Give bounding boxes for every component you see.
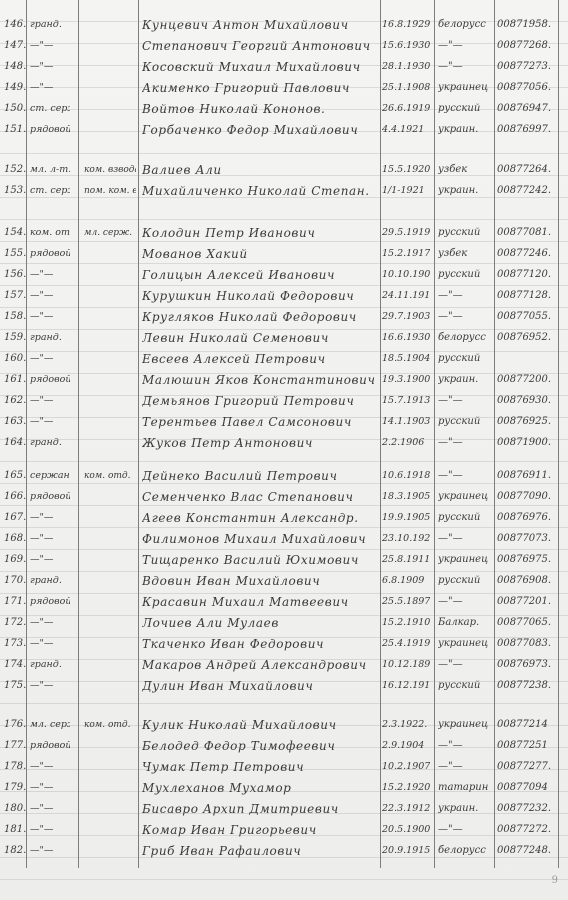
birth-date-cell: 24.11.1912. — [382, 285, 430, 307]
name-cell: Тищаренко Василий Юхимович — [142, 549, 378, 571]
table-row: 163.—"—Терентьев Павел Самсонович14.1.19… — [0, 411, 568, 433]
table-row: 149.—"—Акименко Григорий Павлович25.1.19… — [0, 77, 568, 99]
rank-cell: рядовой — [30, 369, 70, 391]
id-number-cell: 00877094 — [497, 777, 557, 799]
id-number-cell: 00877272. — [497, 819, 557, 841]
id-number-cell: 00877073. — [497, 528, 557, 550]
name-cell: Лочиев Али Мулаев — [142, 612, 378, 634]
name-cell: Ткаченко Иван Федорович — [142, 633, 378, 655]
nationality-cell: —"— — [438, 465, 494, 487]
table-row: 169.—"—Тищаренко Василий Юхимович25.8.19… — [0, 549, 568, 571]
birth-date-cell: 22.3.1912 — [382, 798, 430, 820]
birth-date-cell: 23.10.1925. — [382, 528, 430, 550]
name-cell: Красавин Михаил Матвеевич — [142, 591, 378, 613]
birth-date-cell: 18.3.1905. — [382, 486, 430, 508]
table-row: 148.—"—Косовский Михаил Михайлович28.1.1… — [0, 56, 568, 78]
nationality-cell: украинец — [438, 549, 494, 571]
rank-cell: —"— — [30, 285, 70, 307]
rank-cell: —"— — [30, 840, 70, 862]
row-number: 174. — [4, 654, 28, 676]
table-row: 168.—"—Филимонов Михаил Михайлович23.10.… — [0, 528, 568, 550]
table-row: 182.—"—Гриб Иван Рафаилович20.9.1915бело… — [0, 840, 568, 862]
nationality-cell: русский — [438, 222, 494, 244]
row-number: 151. — [4, 119, 28, 141]
birth-date-cell: 4.4.1921 — [382, 119, 430, 141]
rank-cell: мл. серж. — [30, 714, 70, 736]
nationality-cell: белорусс — [438, 14, 494, 36]
id-number-cell: 00877238. — [497, 675, 557, 697]
rank-cell: —"— — [30, 35, 70, 57]
id-number-cell: 00877268. — [497, 35, 557, 57]
table-row: 170.гранд.Вдовин Иван Михайлович6.8.1909… — [0, 570, 568, 592]
name-cell: Евсеев Алексей Петрович — [142, 348, 378, 370]
table-row: 171.рядовойКрасавин Михаил Матвеевич25.5… — [0, 591, 568, 613]
birth-date-cell: 25.4.1919 — [382, 633, 430, 655]
id-number-cell: 00876952. — [497, 327, 557, 349]
table-row: 147.—"—Степанович Георгий Антонович15.6.… — [0, 35, 568, 57]
id-number-cell: 00877214 — [497, 714, 557, 736]
row-number: 156. — [4, 264, 28, 286]
id-number-cell: 00877200. — [497, 369, 557, 391]
id-number-cell: 00877246. — [497, 243, 557, 265]
nationality-cell: —"— — [438, 756, 494, 778]
rank-cell: —"— — [30, 348, 70, 370]
nationality-cell: украинец — [438, 486, 494, 508]
id-number-cell: 00877277. — [497, 756, 557, 778]
row-number: 152. — [4, 159, 28, 181]
name-cell: Валиев Али — [142, 159, 378, 181]
table-row: 159.гранд.Левин Николай Семенович16.6.19… — [0, 327, 568, 349]
birth-date-cell: 20.9.1915 — [382, 840, 430, 862]
row-number: 149. — [4, 77, 28, 99]
birth-date-cell: 29.5.1919 — [382, 222, 430, 244]
rank-cell: рядовой — [30, 243, 70, 265]
rank-cell: —"— — [30, 306, 70, 328]
table-row: 160.—"—Евсеев Алексей Петрович18.5.1904.… — [0, 348, 568, 370]
nationality-cell: —"— — [438, 35, 494, 57]
birth-date-cell: 16.8.1929 — [382, 14, 430, 36]
birth-date-cell: 18.5.1904. — [382, 348, 430, 370]
table-row: 157.—"—Курушкин Николай Федорович24.11.1… — [0, 285, 568, 307]
name-cell: Кругляков Николай Федорович — [142, 306, 378, 328]
birth-date-cell: 25.5.1897. — [382, 591, 430, 613]
position-cell: пом. ком. вз. — [84, 180, 136, 202]
nationality-cell: —"— — [438, 285, 494, 307]
birth-date-cell: 19.3.1900. — [382, 369, 430, 391]
nationality-cell: украин. — [438, 119, 494, 141]
birth-date-cell: 28.1.1930. — [382, 56, 430, 78]
nationality-cell: узбек — [438, 159, 494, 181]
rank-cell: —"— — [30, 507, 70, 529]
row-number: 178. — [4, 756, 28, 778]
rank-cell: —"— — [30, 819, 70, 841]
name-cell: Колодин Петр Иванович — [142, 222, 378, 244]
nationality-cell: —"— — [438, 735, 494, 757]
rank-cell: рядовой — [30, 486, 70, 508]
birth-date-cell: 16.6.1930. — [382, 327, 430, 349]
name-cell: Агеев Константин Александр. — [142, 507, 378, 529]
rank-cell: рядовой — [30, 591, 70, 613]
name-cell: Гриб Иван Рафаилович — [142, 840, 378, 862]
birth-date-cell: 14.1.1903. — [382, 411, 430, 433]
table-row: 179.—"—Мухлеханов Мухамор15.2.1920.татар… — [0, 777, 568, 799]
id-number-cell: 00876947. — [497, 98, 557, 120]
row-number: 158. — [4, 306, 28, 328]
row-number: 154. — [4, 222, 28, 244]
table-row: 165.сержантком. отд.Дейнеко Василий Петр… — [0, 465, 568, 487]
rank-cell: —"— — [30, 756, 70, 778]
row-number: 175. — [4, 675, 28, 697]
row-number: 181. — [4, 819, 28, 841]
nationality-cell: —"— — [438, 654, 494, 676]
birth-date-cell: 6.8.1909 — [382, 570, 430, 592]
row-number: 180. — [4, 798, 28, 820]
table-row: 172.—"—Лочиев Али Мулаев15.2.1910.Балкар… — [0, 612, 568, 634]
row-number: 173. — [4, 633, 28, 655]
rank-cell: —"— — [30, 411, 70, 433]
rank-cell: —"— — [30, 390, 70, 412]
nationality-cell: белорусс — [438, 840, 494, 862]
id-number-cell: 00877128. — [497, 285, 557, 307]
name-cell: Малюшин Яков Константинович — [142, 369, 378, 391]
id-number-cell: 00877232. — [497, 798, 557, 820]
birth-date-cell: 15.2.1910. — [382, 612, 430, 634]
name-cell: Бисавро Архип Дмитриевич — [142, 798, 378, 820]
rank-cell: —"— — [30, 77, 70, 99]
nationality-cell: русский — [438, 264, 494, 286]
row-number: 172. — [4, 612, 28, 634]
rank-cell: гранд. — [30, 14, 70, 36]
rank-cell: —"— — [30, 528, 70, 550]
table-row: 167.—"—Агеев Константин Александр.19.9.1… — [0, 507, 568, 529]
name-cell: Дулин Иван Михайлович — [142, 675, 378, 697]
row-number: 168. — [4, 528, 28, 550]
position-cell: ком. отд. — [84, 714, 136, 736]
table-row: 175.—"—Дулин Иван Михайлович16.12.1911.р… — [0, 675, 568, 697]
name-cell: Степанович Георгий Антонович — [142, 35, 378, 57]
birth-date-cell: 20.5.1900 — [382, 819, 430, 841]
id-number-cell: 00877056. — [497, 77, 557, 99]
id-number-cell: 00876908. — [497, 570, 557, 592]
row-number: 165. — [4, 465, 28, 487]
name-cell: Белодед Федор Тимофеевич — [142, 735, 378, 757]
birth-date-cell: 25.8.1911. — [382, 549, 430, 571]
name-cell: Вдовин Иван Михайлович — [142, 570, 378, 592]
row-number: 164. — [4, 432, 28, 454]
nationality-cell: —"— — [438, 56, 494, 78]
row-number: 171. — [4, 591, 28, 613]
name-cell: Чумак Петр Петрович — [142, 756, 378, 778]
name-cell: Комар Иван Григорьевич — [142, 819, 378, 841]
position-cell: мл. серж. — [84, 222, 136, 244]
row-number: 160. — [4, 348, 28, 370]
nationality-cell: украинец — [438, 633, 494, 655]
table-row: 174.гранд.Макаров Андрей Александрович10… — [0, 654, 568, 676]
table-row: 155.рядовойМованов Хакий15.2.1917.узбек0… — [0, 243, 568, 265]
rank-cell: —"— — [30, 633, 70, 655]
row-number: 167. — [4, 507, 28, 529]
row-number: 161. — [4, 369, 28, 391]
nationality-cell: татарин — [438, 777, 494, 799]
name-cell: Кулик Николай Михайлович — [142, 714, 378, 736]
table-row: 146.гранд.Кунцевич Антон Михайлович16.8.… — [0, 14, 568, 36]
nationality-cell: украинец — [438, 714, 494, 736]
rank-cell: рядовой — [30, 119, 70, 141]
id-number-cell: 00876997. — [497, 119, 557, 141]
row-number: 182. — [4, 840, 28, 862]
nationality-cell: украинец — [438, 77, 494, 99]
rank-cell: гранд. — [30, 327, 70, 349]
table-row: 158.—"—Кругляков Николай Федорович29.7.1… — [0, 306, 568, 328]
rank-cell: —"— — [30, 612, 70, 634]
name-cell: Терентьев Павел Самсонович — [142, 411, 378, 433]
nationality-cell: —"— — [438, 819, 494, 841]
rank-cell: сержант — [30, 465, 70, 487]
rank-cell: —"— — [30, 56, 70, 78]
id-number-cell: 00877055. — [497, 306, 557, 328]
rank-cell: гранд. — [30, 432, 70, 454]
name-cell: Филимонов Михаил Михайлович — [142, 528, 378, 550]
birth-date-cell: 19.9.1905. — [382, 507, 430, 529]
id-number-cell: 00877201. — [497, 591, 557, 613]
name-cell: Мованов Хакий — [142, 243, 378, 265]
id-number-cell: 00877248. — [497, 840, 557, 862]
birth-date-cell: 2.9.1904 — [382, 735, 430, 757]
row-number: 150. — [4, 98, 28, 120]
name-cell: Курушкин Николай Федорович — [142, 285, 378, 307]
scanned-register-page: 146.гранд.Кунцевич Антон Михайлович16.8.… — [0, 0, 568, 900]
id-number-cell: 00876976. — [497, 507, 557, 529]
table-row: 150.ст. серж.Войтов Николай Кононов.26.6… — [0, 98, 568, 120]
birth-date-cell: 29.7.1903. — [382, 306, 430, 328]
nationality-cell: украин. — [438, 180, 494, 202]
table-row: 181.—"—Комар Иван Григорьевич20.5.1900—"… — [0, 819, 568, 841]
nationality-cell: русский — [438, 570, 494, 592]
row-number: 147. — [4, 35, 28, 57]
table-row: 173.—"—Ткаченко Иван Федорович25.4.1919у… — [0, 633, 568, 655]
nationality-cell: —"— — [438, 432, 494, 454]
table-row: 161.рядовойМалюшин Яков Константинович19… — [0, 369, 568, 391]
row-number: 177. — [4, 735, 28, 757]
row-number: 148. — [4, 56, 28, 78]
table-row: 152.мл. л-т.ком. взводаВалиев Али15.5.19… — [0, 159, 568, 181]
birth-date-cell: 2.3.1922. — [382, 714, 430, 736]
birth-date-cell: 1/1-1921 — [382, 180, 430, 202]
row-number: 166. — [4, 486, 28, 508]
nationality-cell: узбек — [438, 243, 494, 265]
id-number-cell: 00877090. — [497, 486, 557, 508]
nationality-cell: русский — [438, 507, 494, 529]
rank-cell: ст. серж. — [30, 98, 70, 120]
row-number: 162. — [4, 390, 28, 412]
id-number-cell: 00876975. — [497, 549, 557, 571]
table-row: 162.—"—Демьянов Григорий Петрович15.7.19… — [0, 390, 568, 412]
rank-cell: ком. отд. — [30, 222, 70, 244]
name-cell: Макаров Андрей Александрович — [142, 654, 378, 676]
rank-cell: —"— — [30, 549, 70, 571]
birth-date-cell: 2.2.1906 — [382, 432, 430, 454]
row-number: 179. — [4, 777, 28, 799]
table-row: 178.—"—Чумак Петр Петрович10.2.1907—"—00… — [0, 756, 568, 778]
row-number: 169. — [4, 549, 28, 571]
rank-cell: ст. серж. — [30, 180, 70, 202]
name-cell: Войтов Николай Кононов. — [142, 98, 378, 120]
row-number: 176. — [4, 714, 28, 736]
birth-date-cell: 15.7.1913. — [382, 390, 430, 412]
name-cell: Голицын Алексей Иванович — [142, 264, 378, 286]
id-number-cell: 00877081. — [497, 222, 557, 244]
nationality-cell: —"— — [438, 306, 494, 328]
row-number: 153. — [4, 180, 28, 202]
table-row: 154.ком. отд.мл. серж.Колодин Петр Ивано… — [0, 222, 568, 244]
rank-cell: —"— — [30, 675, 70, 697]
nationality-cell: —"— — [438, 390, 494, 412]
id-number-cell: 00876911. — [497, 465, 557, 487]
name-cell: Мухлеханов Мухамор — [142, 777, 378, 799]
nationality-cell: русский — [438, 348, 494, 370]
id-number-cell: 00876925. — [497, 411, 557, 433]
birth-date-cell: 15.2.1917. — [382, 243, 430, 265]
nationality-cell: русский — [438, 411, 494, 433]
table-row: 156.—"—Голицын Алексей Иванович10.10.190… — [0, 264, 568, 286]
table-row: 177.рядовойБелодед Федор Тимофеевич2.9.1… — [0, 735, 568, 757]
id-number-cell: 00877273. — [497, 56, 557, 78]
birth-date-cell: 10.12.1898 — [382, 654, 430, 676]
position-cell: ком. взвода — [84, 159, 136, 181]
table-row: 164.гранд.Жуков Петр Антонович2.2.1906—"… — [0, 432, 568, 454]
id-number-cell: 00871958. — [497, 14, 557, 36]
table-row: 176.мл. серж.ком. отд.Кулик Николай Миха… — [0, 714, 568, 736]
name-cell: Семенченко Влас Степанович — [142, 486, 378, 508]
birth-date-cell: 10.2.1907 — [382, 756, 430, 778]
birth-date-cell: 16.12.1911. — [382, 675, 430, 697]
rank-cell: —"— — [30, 264, 70, 286]
rank-cell: —"— — [30, 777, 70, 799]
id-number-cell: 00871900. — [497, 432, 557, 454]
nationality-cell: Балкар. — [438, 612, 494, 634]
row-number: 157. — [4, 285, 28, 307]
position-cell: ком. отд. — [84, 465, 136, 487]
id-number-cell: 00877065. — [497, 612, 557, 634]
id-number-cell: 00877120. — [497, 264, 557, 286]
rank-cell: гранд. — [30, 570, 70, 592]
rank-cell: рядовой — [30, 735, 70, 757]
birth-date-cell: 10.10.1906. — [382, 264, 430, 286]
name-cell: Дейнеко Василий Петрович — [142, 465, 378, 487]
nationality-cell: белорусс — [438, 327, 494, 349]
name-cell: Горбаченко Федор Михайлович — [142, 119, 378, 141]
nationality-cell: украин. — [438, 369, 494, 391]
nationality-cell: русский — [438, 675, 494, 697]
id-number-cell: 00877083. — [497, 633, 557, 655]
nationality-cell: —"— — [438, 591, 494, 613]
birth-date-cell: 26.6.1919. — [382, 98, 430, 120]
id-number-cell: 00877242. — [497, 180, 557, 202]
birth-date-cell: 10.6.1918 — [382, 465, 430, 487]
table-row: 151.рядовойГорбаченко Федор Михайлович4.… — [0, 119, 568, 141]
row-number: 146. — [4, 14, 28, 36]
row-number: 170. — [4, 570, 28, 592]
id-number-cell: 00877264. — [497, 159, 557, 181]
rank-cell: гранд. — [30, 654, 70, 676]
row-number: 163. — [4, 411, 28, 433]
id-number-cell: 00877251 — [497, 735, 557, 757]
nationality-cell: русский — [438, 98, 494, 120]
nationality-cell: украин. — [438, 798, 494, 820]
birth-date-cell: 15.5.1920 — [382, 159, 430, 181]
name-cell: Демьянов Григорий Петрович — [142, 390, 378, 412]
row-number: 159. — [4, 327, 28, 349]
name-cell: Акименко Григорий Павлович — [142, 77, 378, 99]
name-cell: Левин Николай Семенович — [142, 327, 378, 349]
corner-mark: 9 — [552, 875, 558, 886]
id-number-cell: 00876930. — [497, 390, 557, 412]
birth-date-cell: 25.1.1908. — [382, 77, 430, 99]
name-cell: Михайличенко Николай Степан. — [142, 180, 378, 202]
row-number: 155. — [4, 243, 28, 265]
birth-date-cell: 15.6.1930. — [382, 35, 430, 57]
id-number-cell: 00876973. — [497, 654, 557, 676]
name-cell: Жуков Петр Антонович — [142, 432, 378, 454]
rank-cell: —"— — [30, 798, 70, 820]
table-row: 180.—"—Бисавро Архип Дмитриевич22.3.1912… — [0, 798, 568, 820]
name-cell: Кунцевич Антон Михайлович — [142, 14, 378, 36]
nationality-cell: —"— — [438, 528, 494, 550]
rank-cell: мл. л-т. — [30, 159, 70, 181]
table-row: 166.рядовойСеменченко Влас Степанович18.… — [0, 486, 568, 508]
name-cell: Косовский Михаил Михайлович — [142, 56, 378, 78]
table-row: 153.ст. серж.пом. ком. вз.Михайличенко Н… — [0, 180, 568, 202]
birth-date-cell: 15.2.1920. — [382, 777, 430, 799]
